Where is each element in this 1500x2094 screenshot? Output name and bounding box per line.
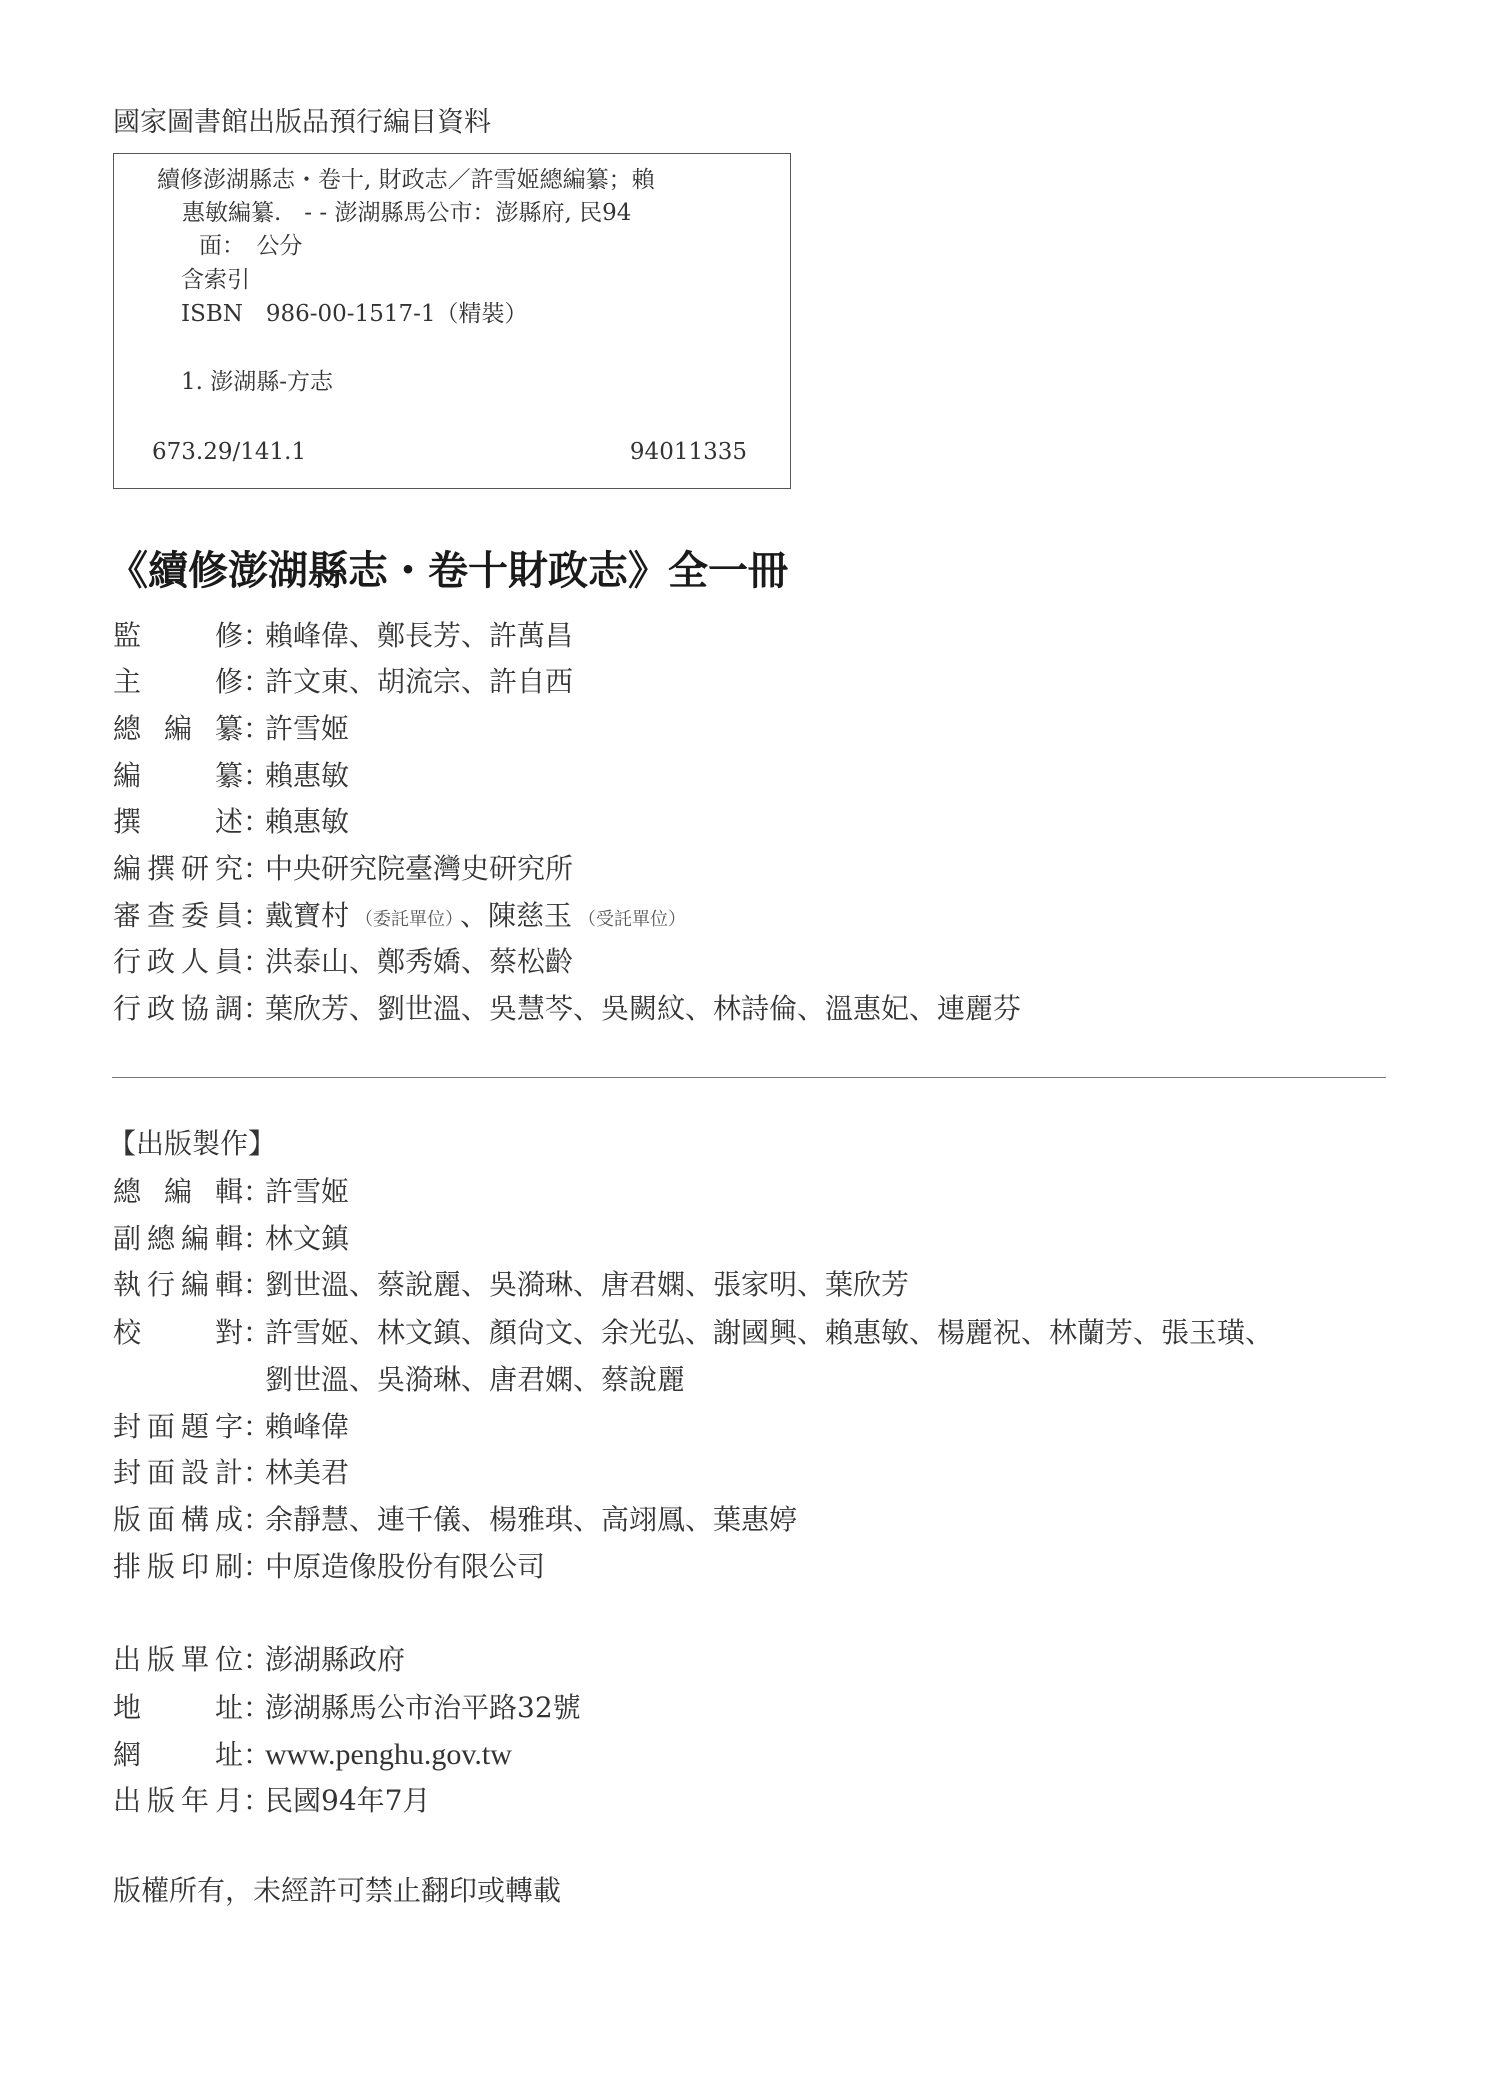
production-row: 執行編輯 ： 劉世溫、蔡說麗、吳漪琳、唐君嫻、張家明、葉欣芳 xyxy=(113,1265,909,1305)
document-title: 《續修澎湖縣志・卷十財政志》全一冊 xyxy=(108,545,788,597)
production-label: 副總編輯 xyxy=(113,1219,243,1259)
credit-value: 中央研究院臺灣史研究所 xyxy=(265,849,573,889)
publisher-value: 澎湖縣政府 xyxy=(265,1640,405,1680)
production-label: 版面構成 xyxy=(113,1500,243,1540)
colon: ： xyxy=(243,1265,265,1305)
credit-row: 主修 ： 許文東、胡流宗、許自西 xyxy=(113,662,573,702)
credit-row: 編纂 ： 賴惠敏 xyxy=(113,756,349,796)
publisher-row: 網址 ： www.penghu.gov.tw xyxy=(113,1735,512,1775)
credit-value: 葉欣芳、劉世溫、吳慧芩、吳闕紋、林詩倫、溫惠妃、連麗芬 xyxy=(265,989,1021,1029)
publisher-label: 出版單位 xyxy=(113,1640,243,1680)
publisher-row: 地址 ： 澎湖縣馬公市治平路32號 xyxy=(113,1688,581,1728)
production-value: 中原造像股份有限公司 xyxy=(265,1547,545,1587)
production-label: 封面題字 xyxy=(113,1407,243,1447)
colon: ： xyxy=(243,849,265,889)
credit-label: 審查委員 xyxy=(113,896,243,936)
production-value: 許雪姬 xyxy=(265,1172,349,1212)
reviewer-name: 戴寶村 xyxy=(265,899,349,932)
publisher-label: 出版年月 xyxy=(113,1781,243,1821)
credit-label: 行政協調 xyxy=(113,989,243,1029)
publisher-row: 出版年月 ： 民國94年7月 xyxy=(113,1781,430,1821)
colon: ： xyxy=(243,1781,265,1821)
credit-row: 編撰研究 ： 中央研究院臺灣史研究所 xyxy=(113,849,573,889)
cip-line-imprint: 惠敏編纂. - - 澎湖縣馬公市：澎縣府, 民94 xyxy=(182,198,631,228)
reviewer-name: 、陳慈玉 xyxy=(460,899,572,932)
credit-row: 總編纂 ： 許雪姬 xyxy=(113,709,349,749)
credit-row: 監修 ： 賴峰偉、鄭長芳、許萬昌 xyxy=(113,616,573,656)
credit-value: 許雪姬 xyxy=(265,709,349,749)
colon: ： xyxy=(243,756,265,796)
credit-row: 撰述 ： 賴惠敏 xyxy=(113,802,349,842)
credit-label: 監修 xyxy=(113,616,243,656)
cip-line-subject: 1. 澎湖縣-方志 xyxy=(181,367,333,397)
production-heading: 【出版製作】 xyxy=(108,1124,276,1164)
production-row: 排版印刷 ： 中原造像股份有限公司 xyxy=(113,1547,545,1587)
credit-row: 行政協調 ： 葉欣芳、劉世溫、吳慧芩、吳闕紋、林詩倫、溫惠妃、連麗芬 xyxy=(113,989,1021,1029)
cip-record-number: 94011335 xyxy=(630,437,747,467)
production-row: 校對 ： 許雪姬、林文鎮、顏尙文、余光弘、謝國興、賴惠敏、楊麗祝、林蘭芳、張玉璜… xyxy=(113,1313,1273,1353)
colon: ： xyxy=(243,1735,265,1775)
publisher-label: 網址 xyxy=(113,1735,243,1775)
colon: ： xyxy=(243,989,265,1029)
production-value: 林美君 xyxy=(265,1453,349,1493)
production-value-continuation: 劉世溫、吳漪琳、唐君嫻、蔡說麗 xyxy=(265,1360,685,1400)
credit-value: 許文東、胡流宗、許自西 xyxy=(265,662,573,702)
cip-record-box: 續修澎湖縣志・卷十, 財政志／許雪姬總編纂；賴 惠敏編纂. - - 澎湖縣馬公市… xyxy=(113,153,791,489)
production-label: 校對 xyxy=(113,1313,243,1353)
production-label: 執行編輯 xyxy=(113,1265,243,1305)
colon: ： xyxy=(243,1219,265,1259)
colon: ： xyxy=(243,942,265,982)
colon: ： xyxy=(243,1688,265,1728)
colon: ： xyxy=(243,616,265,656)
cip-line-pages: 面： 公分 xyxy=(199,231,303,261)
colon: ： xyxy=(243,1640,265,1680)
production-value: 余靜慧、連千儀、楊雅琪、高翊鳳、葉惠婷 xyxy=(265,1500,797,1540)
publisher-label: 地址 xyxy=(113,1688,243,1728)
credit-label: 總編纂 xyxy=(113,709,243,749)
section-divider xyxy=(112,1077,1386,1078)
credit-label: 行政人員 xyxy=(113,942,243,982)
production-value: 賴峰偉 xyxy=(265,1407,349,1447)
cip-line-index: 含索引 xyxy=(181,265,250,295)
cip-line-isbn: ISBN 986-00-1517-1（精裝） xyxy=(181,299,528,329)
production-value: 林文鎮 xyxy=(265,1219,349,1259)
reviewer-note: （委託單位） xyxy=(355,909,454,930)
colon: ： xyxy=(243,1313,265,1353)
production-row: 總編輯 ： 許雪姬 xyxy=(113,1172,349,1212)
colon: ： xyxy=(243,709,265,749)
production-row: 封面設計 ： 林美君 xyxy=(113,1453,349,1493)
production-row: 版面構成 ： 余靜慧、連千儀、楊雅琪、高翊鳳、葉惠婷 xyxy=(113,1500,797,1540)
reviewer-note: （受託單位） xyxy=(578,909,686,930)
credit-value: 賴峰偉、鄭長芳、許萬昌 xyxy=(265,616,573,656)
credit-label: 主修 xyxy=(113,662,243,702)
copyright-notice: 版權所有，未經許可禁止翻印或轉載 xyxy=(113,1871,561,1911)
credit-value: 賴惠敏 xyxy=(265,802,349,842)
colon: ： xyxy=(243,1407,265,1447)
credit-value: 洪泰山、鄭秀嬌、蔡松齡 xyxy=(265,942,573,982)
credit-row-reviewers: 審查委員 ： 戴寶村（委託單位）、陳慈玉（受託單位） xyxy=(113,896,692,936)
credit-value: 賴惠敏 xyxy=(265,756,349,796)
publication-date: 民國94年7月 xyxy=(265,1781,430,1821)
publisher-row: 出版單位 ： 澎湖縣政府 xyxy=(113,1640,405,1680)
credit-row: 行政人員 ： 洪泰山、鄭秀嬌、蔡松齡 xyxy=(113,942,573,982)
publisher-website-link[interactable]: www.penghu.gov.tw xyxy=(265,1735,512,1775)
credit-label: 編纂 xyxy=(113,756,243,796)
colon: ： xyxy=(243,1500,265,1540)
credit-value: 戴寶村（委託單位）、陳慈玉（受託單位） xyxy=(265,896,692,936)
cip-line-title: 續修澎湖縣志・卷十, 財政志／許雪姬總編纂；賴 xyxy=(157,165,655,195)
colon: ： xyxy=(243,1453,265,1493)
credit-label: 編撰研究 xyxy=(113,849,243,889)
credit-label: 撰述 xyxy=(113,802,243,842)
colon: ： xyxy=(243,1172,265,1212)
production-row: 副總編輯 ： 林文鎮 xyxy=(113,1219,349,1259)
colon: ： xyxy=(243,1547,265,1587)
colon: ： xyxy=(243,802,265,842)
production-value: 許雪姬、林文鎮、顏尙文、余光弘、謝國興、賴惠敏、楊麗祝、林蘭芳、張玉璜、 xyxy=(265,1313,1273,1353)
colon: ： xyxy=(243,662,265,702)
production-row: 封面題字 ： 賴峰偉 xyxy=(113,1407,349,1447)
production-label: 總編輯 xyxy=(113,1172,243,1212)
production-label: 封面設計 xyxy=(113,1453,243,1493)
production-label: 排版印刷 xyxy=(113,1547,243,1587)
production-value: 劉世溫、蔡說麗、吳漪琳、唐君嫻、張家明、葉欣芳 xyxy=(265,1265,909,1305)
publisher-address: 澎湖縣馬公市治平路32號 xyxy=(265,1688,581,1728)
cip-class-number: 673.29/141.1 xyxy=(152,437,306,467)
colon: ： xyxy=(243,896,265,936)
cip-heading: 國家圖書館出版品預行編目資料 xyxy=(113,106,491,140)
